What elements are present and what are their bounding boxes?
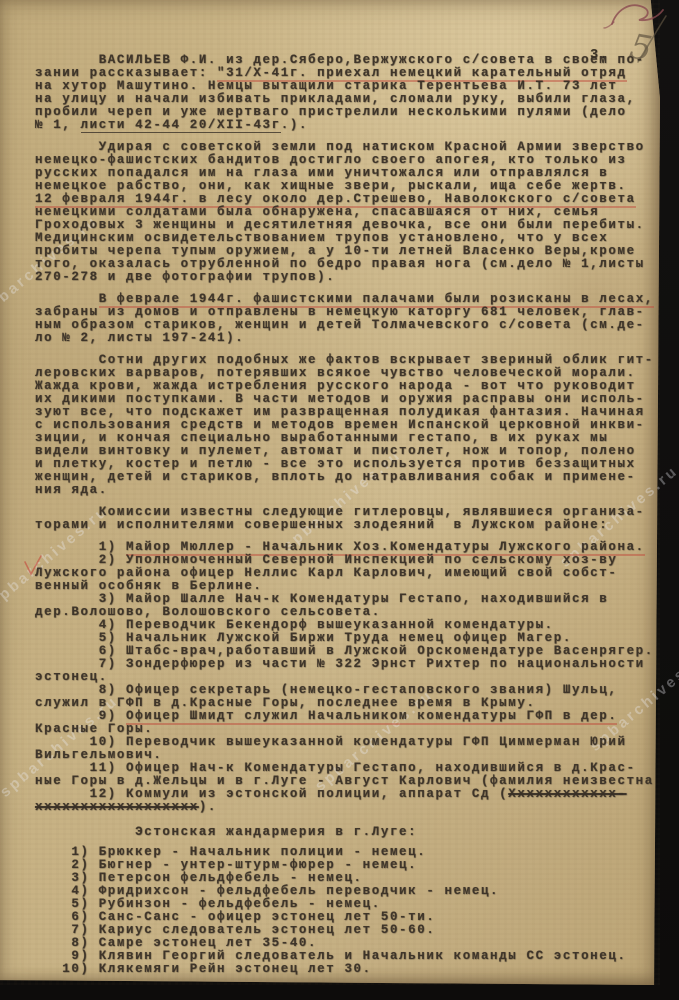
text-segment: торами и исполнителями совершенных злоде… xyxy=(35,518,608,532)
text-segment: 270-278 и две фотографии трупов). xyxy=(35,270,335,284)
document-line: торами и исполнителями совершенных злоде… xyxy=(35,519,655,532)
document-line: 10) Клякемяги Рейн эстонец лет 30. xyxy=(35,963,655,976)
text-segment: ным образом стариков, женщин и детей Тол… xyxy=(35,318,645,332)
block-list: 1) Брюккер - Начальник полиции - немец. … xyxy=(35,846,655,976)
text-segment: на хутор Машутино. Немцы вытащили старик… xyxy=(35,79,617,93)
text-segment: с использования средств и методов времен… xyxy=(35,418,645,432)
text-segment: ные Горы в д.Жельцы и в г.Луге - Август … xyxy=(35,774,654,788)
text-segment: Гроходовых 3 женщины и десятилетняя дево… xyxy=(35,218,645,232)
text-segment: 7) Кариус следователь эстонец лет 50-60. xyxy=(35,923,435,937)
text-segment: Сотни других подобных же фактов вскрывае… xyxy=(35,353,654,367)
text-segment: забраны из домов и отправлены в немецкую… xyxy=(35,305,645,319)
text-segment: 5) Рубинзон - фельдфебель - немец. xyxy=(35,897,381,911)
text-segment: зуют все, что подскажет им развращенная … xyxy=(35,405,645,419)
block-paragraph: Комиссии известны следующие гитлеровцы, … xyxy=(35,506,655,532)
block-paragraph: В феврале 1944г. фашистскими палачами бы… xyxy=(35,293,655,345)
block-paragraph: Сотни других подобных же фактов вскрывае… xyxy=(35,354,655,497)
text-segment: 8) Самре эстонец лет 35-40. xyxy=(35,936,317,950)
document-text: ВАСИЛЬЕВ Ф.И. из дер.Сяберо,Вержужского … xyxy=(35,54,655,985)
text-segment: 12) Коммули из эстонской полиции, аппара… xyxy=(35,787,508,801)
text-segment: 9) xyxy=(35,709,126,723)
document-line: ло № 2, листы 197-241). xyxy=(35,332,655,345)
text-segment: и плетку, костер и петлю - все это испол… xyxy=(35,457,636,471)
text-segment: дер.Волошово, Волошовского сельсовета. xyxy=(35,605,381,619)
text-segment: 10) Клякемяги Рейн эстонец лет 30. xyxy=(35,962,372,976)
text-segment: ло № 2, листы 197-241). xyxy=(35,331,244,345)
text-segment: Жажда крови, жажда истребления русского … xyxy=(35,379,636,393)
text-segment: 4) Переводчик Бекендорф вышеуказанной ко… xyxy=(35,618,554,632)
text-segment: немецкое рабство, они, как хищные звери,… xyxy=(35,179,627,193)
text-segment: 1) xyxy=(35,540,126,554)
text-segment: 4) Фридрихсон - фельдфебель переводчик -… xyxy=(35,884,499,898)
text-segment: 1) Брюккер - Начальник полиции - немец. xyxy=(35,845,426,859)
document-line: ния яда. xyxy=(35,484,655,497)
text-segment: 2) Бюгнер - унтер-штурм-фюрер - немец. xyxy=(35,858,417,872)
document-line: № 1, листи 42-44 20/ХII-43г.). xyxy=(35,119,655,132)
text-segment: 7) Зондерфюрер из части № 322 Эрнст Рихт… xyxy=(35,657,645,671)
text-segment: 2) Уполномоченный Северной Инспекцией по… xyxy=(35,553,617,567)
text-segment: 9) Клявин Георгий следователь и Начальни… xyxy=(35,949,627,963)
text-segment: Лужского района офицер Неллис Карл Карло… xyxy=(35,566,617,580)
text-segment: Хххххххххххх- xyxy=(508,787,626,801)
text-segment: русских попадался им на глаза ими уничто… xyxy=(35,166,608,180)
text-segment: того, оказалась отрубленной по бедро пра… xyxy=(35,257,645,271)
text-segment: листи 42-44 20/ХII-43г xyxy=(81,118,281,133)
text-segment: Удирая с советской земли под натиском Кр… xyxy=(35,140,645,154)
text-segment: их дикими поступками. В части методов и … xyxy=(35,392,645,406)
text-segment: зании рассказывает: xyxy=(35,66,217,80)
text-segment: видели винтовку и пулемет, автомат и пис… xyxy=(35,444,636,458)
text-segment: ВАСИЛЬЕВ Ф.И. из дер.Сяберо,Вержужского … xyxy=(35,53,645,67)
text-segment: Медицинским освидетельствованием трупов … xyxy=(35,231,608,245)
text-segment: ). xyxy=(199,800,217,814)
text-segment: № 1, xyxy=(35,118,81,132)
text-segment: .). xyxy=(281,118,308,132)
text-segment: хххххххххххххххххх xyxy=(35,800,199,814)
text-segment: Красные Горы. xyxy=(35,722,153,736)
text-segment: служил в ГФП в д.Красные Горы, последнее… xyxy=(35,696,536,710)
text-segment: 6) Штабс-врач,работавший в Лужской Орско… xyxy=(35,644,654,658)
block-paragraph: Удирая с советской земли под натиском Кр… xyxy=(35,141,655,284)
text-segment: 10) Переводчик вышеуказанной комендатуры… xyxy=(35,735,627,749)
text-segment xyxy=(35,292,99,306)
document-line: 7) Зондерфюрер из части № 322 Эрнст Рихт… xyxy=(35,658,655,671)
document-line: 270-278 и две фотографии трупов). xyxy=(35,271,655,284)
text-segment: эстонец. xyxy=(35,670,108,684)
text-segment: зиции, и кончая специально выработанными… xyxy=(35,431,608,445)
text-segment: немецкими солдатами была обнаружена, спа… xyxy=(35,205,599,219)
block-paragraph: ВАСИЛЬЕВ Ф.И. из дер.Сяберо,Вержужского … xyxy=(35,54,655,132)
text-segment: немецко-фашистских бандитов достигло сво… xyxy=(35,153,627,167)
text-segment: на улицу и начали избивать прикладами, с… xyxy=(35,92,636,106)
text-segment: леровских варваров, потерявших всякое чу… xyxy=(35,366,636,380)
scanned-document-page: spbarchives.ru spbarchives.ru spbarchive… xyxy=(0,0,679,1000)
text-segment: 5) Начальник Лужской Биржи Труда немец о… xyxy=(35,631,572,645)
text-segment: пробиты черепа тупым оружием, а у 10-ти … xyxy=(35,244,636,258)
text-segment: Эстонская жандармерия в г.Луге: xyxy=(35,825,417,839)
block-heading: Эстонская жандармерия в г.Луге: xyxy=(35,826,655,839)
text-segment: 6) Санс-Санс - офицер эстонец лет 50-ти. xyxy=(35,910,435,924)
text-segment: 8) Офицер секретарь (немецко-гестаповско… xyxy=(35,683,617,697)
text-segment: пробили череп и уже мертваго пристрелили… xyxy=(35,105,627,119)
text-segment: Вильгельмович. xyxy=(35,748,162,762)
text-segment: 11) Офицер Нач-к Комендатуры Гестапо, на… xyxy=(35,761,636,775)
text-segment: Комиссии известны следующие гитлеровцы, … xyxy=(35,505,645,519)
document-line: женщин, детей и стариков, вплоть до натр… xyxy=(35,471,655,484)
document-line: Эстонская жандармерия в г.Луге: xyxy=(35,826,655,839)
block-list: 1) Майор Мюллер - Начальник Хоз.Комендат… xyxy=(35,541,655,814)
text-segment: 3) Майор Шалле Нач-к Комендатуры Гестапо… xyxy=(35,592,608,606)
text-segment: Офицер Шмидт служил Начальником комендат… xyxy=(126,709,617,725)
text-segment: венный особняк в Берлине. xyxy=(35,579,263,593)
document-line: хххххххххххххххххх). xyxy=(35,801,655,814)
text-segment: ния яда. xyxy=(35,483,108,497)
text-segment: женщин, детей и стариков, вплоть до натр… xyxy=(35,470,636,484)
text-segment: 3) Петерсон фельдфебель - немец. xyxy=(35,871,363,885)
